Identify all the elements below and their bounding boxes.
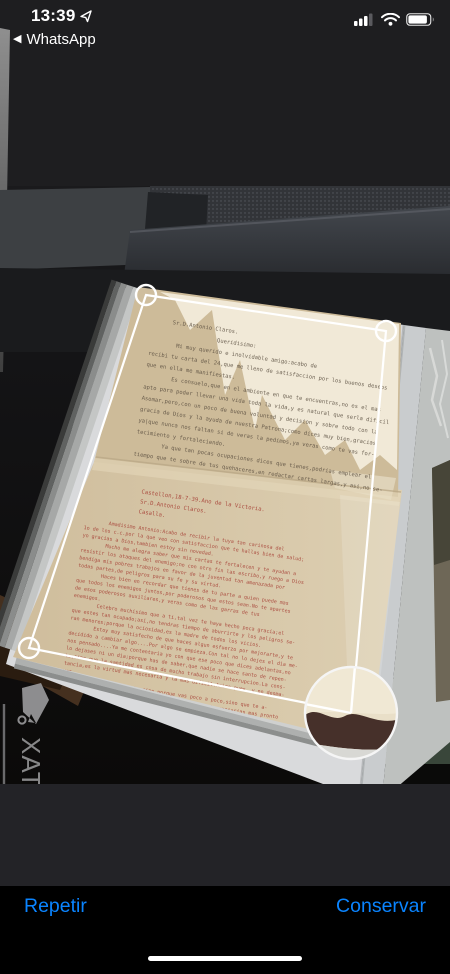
wifi-icon <box>381 13 400 26</box>
clock: 13:39 <box>31 6 93 26</box>
keep-button[interactable]: Conservar <box>336 895 426 918</box>
bottom-toolbar: Repetir Conservar <box>0 886 450 974</box>
status-bar: 13:39 ◀ WhatsApp <box>0 0 450 55</box>
back-app-label: WhatsApp <box>26 31 95 48</box>
scan-review-screen: Sr.D.Antonio Claros. Queridisimo: Mi muy… <box>0 0 450 974</box>
battery-icon <box>406 13 435 26</box>
retake-button[interactable]: Repetir <box>24 895 87 918</box>
home-indicator[interactable] <box>148 956 302 961</box>
letterbox-band <box>0 784 450 886</box>
crop-handle-top-left[interactable] <box>136 285 156 305</box>
crop-handle-bottom-left[interactable] <box>19 638 39 658</box>
back-chevron-icon: ◀ <box>13 34 21 45</box>
crop-handle-top-right[interactable] <box>376 321 396 341</box>
cellular-signal-icon <box>354 13 375 26</box>
back-to-app-link[interactable]: ◀ WhatsApp <box>13 31 96 48</box>
location-arrow-icon <box>79 9 93 23</box>
captured-photo: Sr.D.Antonio Claros. Queridisimo: Mi muy… <box>0 0 450 784</box>
time-label: 13:39 <box>31 6 75 26</box>
